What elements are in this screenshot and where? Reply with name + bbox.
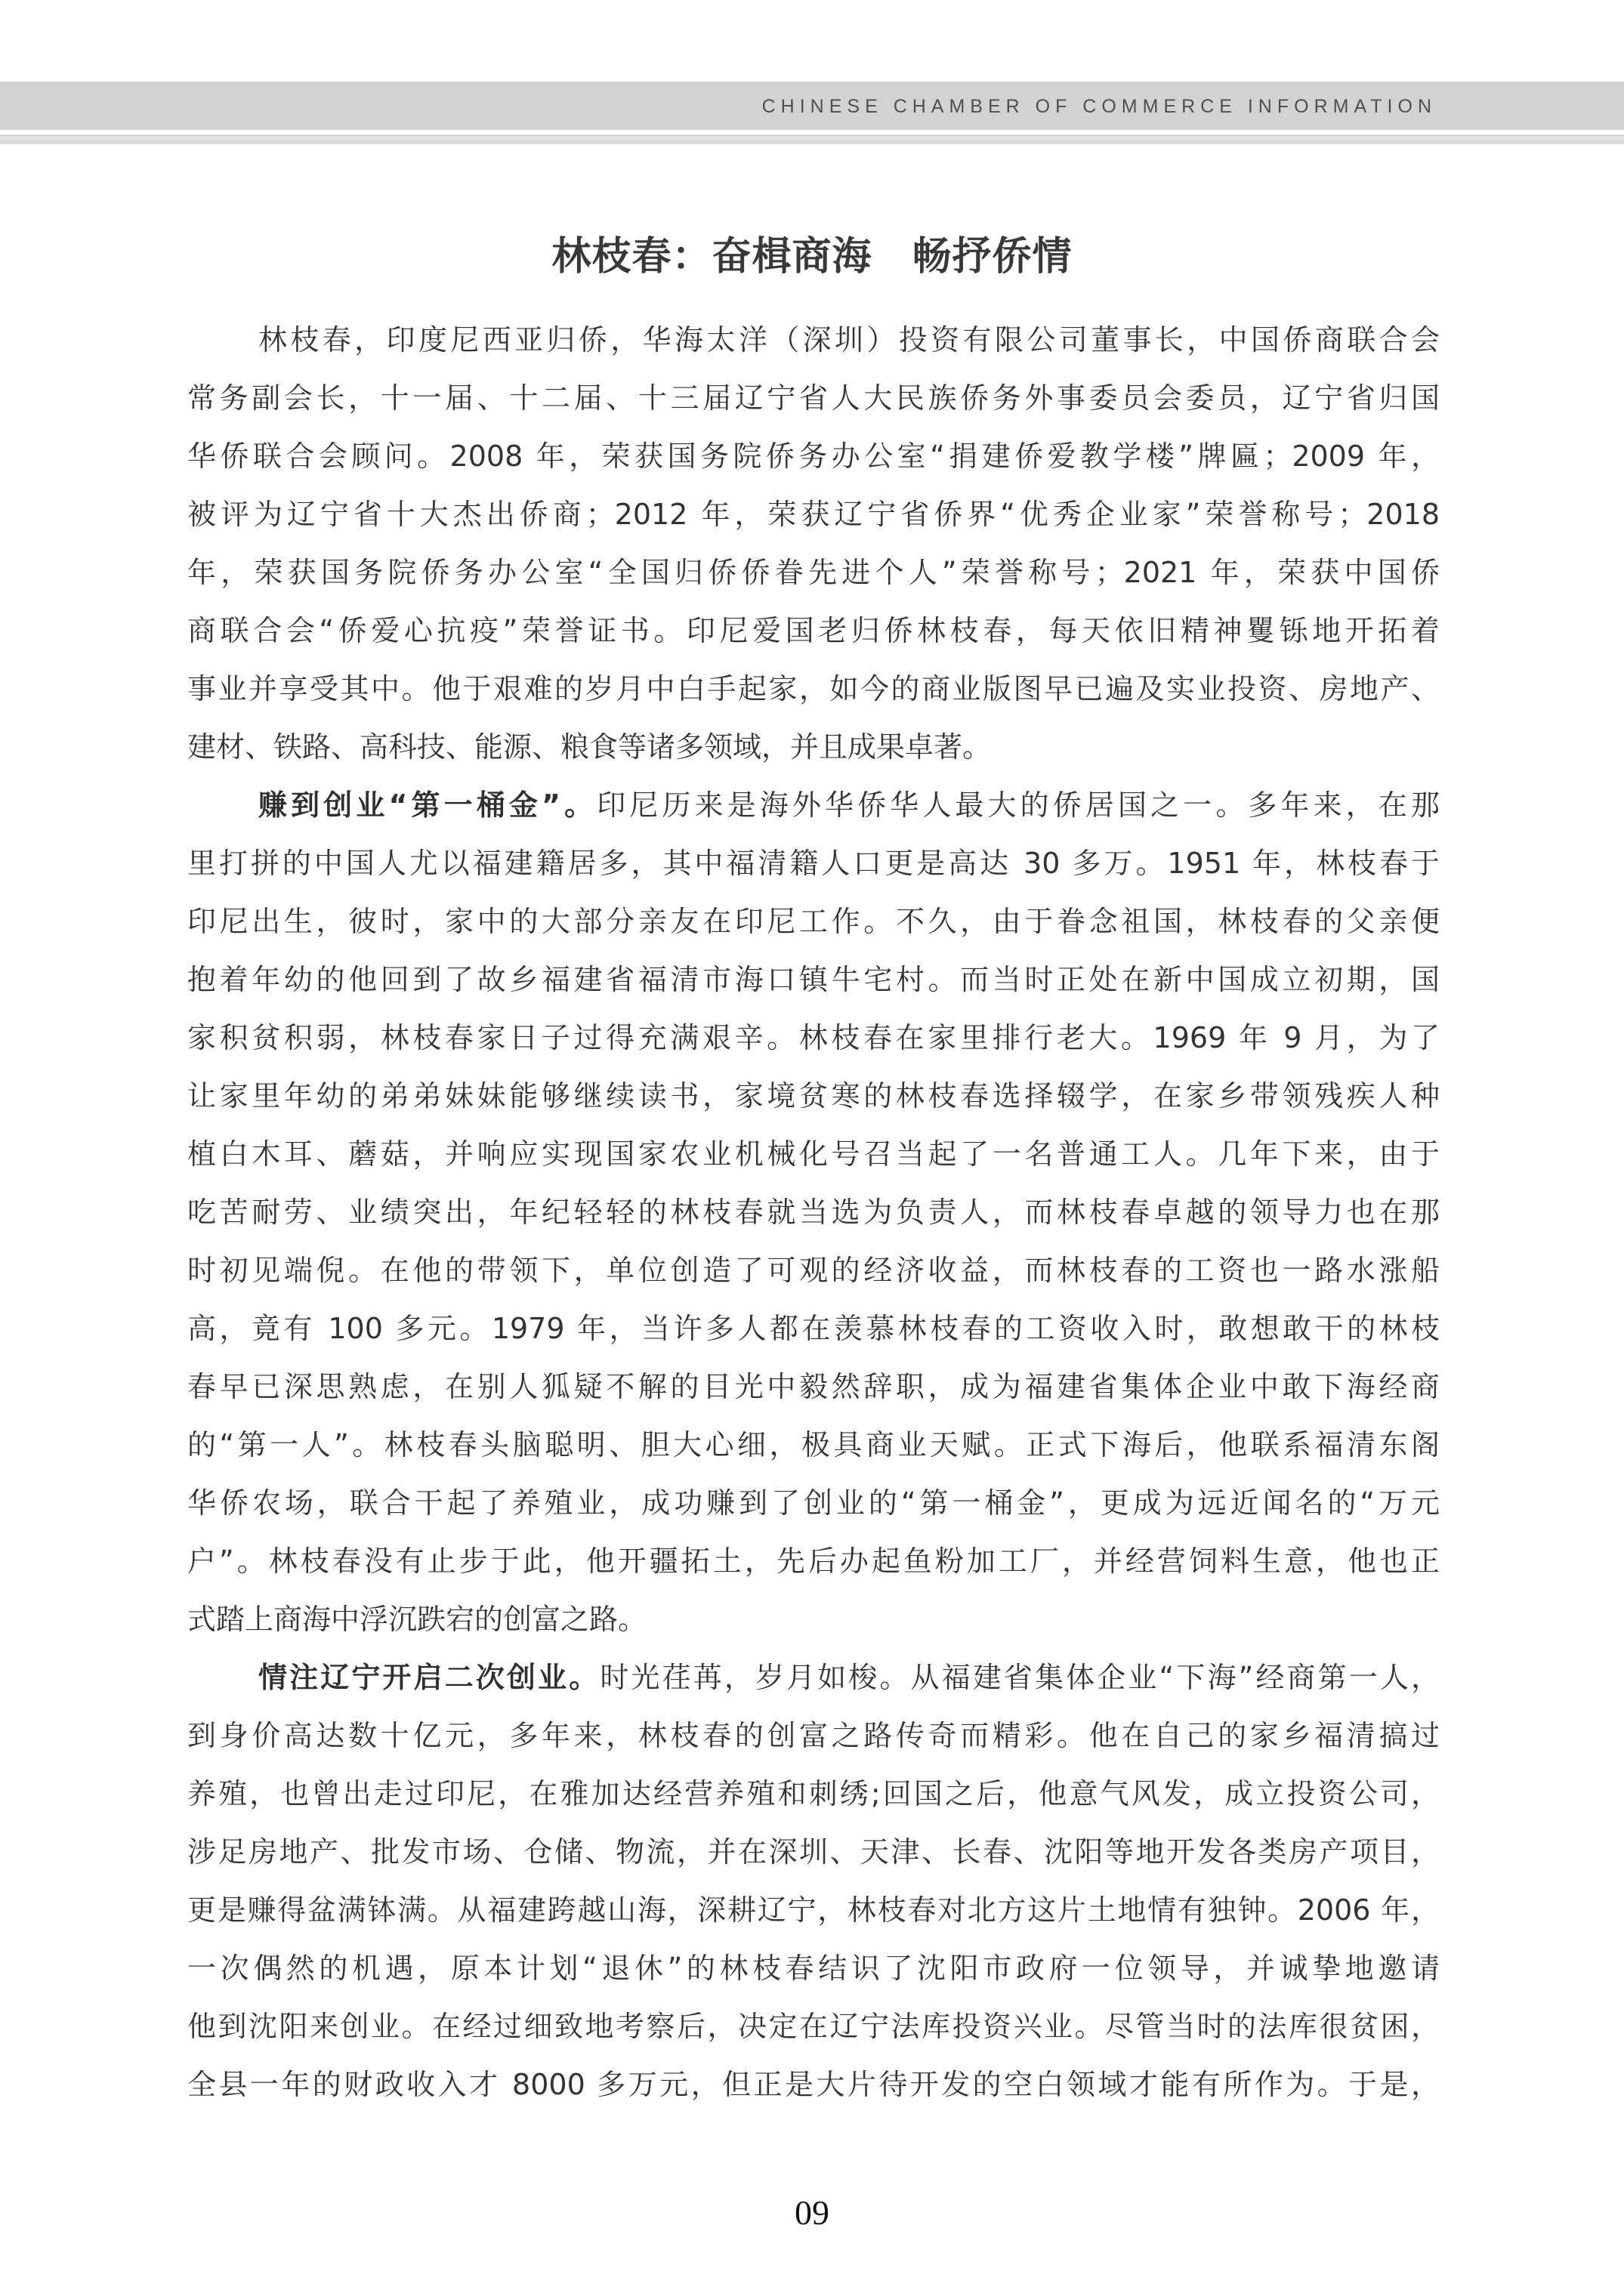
article-line: 事业并享受其中。他于艰难的岁月中白手起家，如今的商业版图早已遍及实业投资、房地产… bbox=[187, 660, 1440, 718]
article-line: 年，荣获国务院侨务办公室“全国归侨侨眷先进个人”荣誉称号；2021 年，荣获中国… bbox=[187, 544, 1440, 602]
article-line: 一次偶然的机遇，原本计划“退休”的林枝春结识了沈阳市政府一位领导，并诚挚地邀请 bbox=[187, 1940, 1440, 1998]
article-line: 他到沈阳来创业。在经过细致地考察后，决定在辽宁法库投资兴业。尽管当时的法库很贫困… bbox=[187, 1998, 1440, 2056]
article-line: 春早已深思熟虑，在别人狐疑不解的目光中毅然辞职，成为福建省集体企业中敢下海经商 bbox=[187, 1358, 1440, 1416]
article-body: 林枝春，印度尼西亚归侨，华海太洋（深圳）投资有限公司董事长，中国侨商联合会常务副… bbox=[187, 311, 1440, 2114]
article-line: 华侨农场，联合干起了养殖业，成功赚到了创业的“第一桶金”，更成为远近闻名的“万元 bbox=[187, 1474, 1440, 1532]
article-line: 情注辽宁开启二次创业。时光荏苒，岁月如梭。从福建省集体企业“下海”经商第一人， bbox=[187, 1649, 1440, 1707]
article-line: 商联合会“侨爱心抗疫”荣誉证书。印尼爱国老归侨林枝春，每天依旧精神矍铄地开拓着 bbox=[187, 602, 1440, 660]
article-line: 常务副会长，十一届、十二届、十三届辽宁省人大民族侨务外事委员会委员，辽宁省归国 bbox=[187, 369, 1440, 427]
article-line: 更是赚得盆满钵满。从福建跨越山海，深耕辽宁，林枝春对北方这片土地情有独钟。200… bbox=[187, 1881, 1440, 1940]
article-line: 建材、铁路、高科技、能源、粮食等诸多领域，并且成果卓著。 bbox=[187, 718, 1440, 776]
article-line: 养殖，也曾出走过印尼，在雅加达经营养殖和刺绣;回国之后，他意气风发，成立投资公司… bbox=[187, 1765, 1440, 1823]
article-line: 让家里年幼的弟弟妹妹能够继续读书，家境贫寒的林枝春选择辍学，在家乡带领残疾人种 bbox=[187, 1067, 1440, 1125]
header-banner-text: CHINESE CHAMBER OF COMMERCE INFORMATION bbox=[762, 82, 1437, 130]
article-line: 里打拼的中国人尤以福建籍居多，其中福清籍人口更是高达 30 多万。1951 年，… bbox=[187, 835, 1440, 893]
article-line: 全县一年的财政收入才 8000 多万元，但正是大片待开发的空白领域才能有所作为。… bbox=[187, 2056, 1440, 2114]
article-line: 被评为辽宁省十大杰出侨商；2012 年，荣获辽宁省侨界“优秀企业家”荣誉称号；2… bbox=[187, 486, 1440, 544]
document-page: CHINESE CHAMBER OF COMMERCE INFORMATION … bbox=[0, 0, 1624, 2293]
paragraph-lead-bold: 情注辽宁开启二次创业。 bbox=[258, 1661, 600, 1694]
article-line: 华侨联合会顾问。2008 年，荣获国务院侨务办公室“捐建侨爱教学楼”牌匾；200… bbox=[187, 427, 1440, 486]
article-line: 涉足房地产、批发市场、仓储、物流，并在深圳、天津、长春、沈阳等地开发各类房产项目… bbox=[187, 1823, 1440, 1881]
paragraph-lead-bold: 赚到创业“第一桶金”。 bbox=[258, 789, 597, 822]
article-line: 户”。林枝春没有止步于此，他开疆拓土，先后办起鱼粉加工厂，并经营饲料生意，他也正 bbox=[187, 1532, 1440, 1591]
page-number: 09 bbox=[0, 2192, 1624, 2234]
article-line: 抱着年幼的他回到了故乡福建省福清市海口镇牛宅村。而当时正处在新中国成立初期，国 bbox=[187, 951, 1440, 1009]
article-line: 吃苦耐劳、业绩突出，年纪轻轻的林枝春就当选为负责人，而林枝春卓越的领导力也在那 bbox=[187, 1184, 1440, 1242]
article-line: 到身价高达数十亿元，多年来，林枝春的创富之路传奇而精彩。他在自己的家乡福清搞过 bbox=[187, 1707, 1440, 1765]
article-line: 林枝春，印度尼西亚归侨，华海太洋（深圳）投资有限公司董事长，中国侨商联合会 bbox=[187, 311, 1440, 369]
article-line: 植白木耳、蘑菇，并响应实现国家农业机械化号召当起了一名普通工人。几年下来，由于 bbox=[187, 1125, 1440, 1184]
article-line: 高，竟有 100 多元。1979 年，当许多人都在羡慕林枝春的工资收入时，敢想敢… bbox=[187, 1300, 1440, 1358]
article-line: 家积贫积弱，林枝春家日子过得充满艰辛。林枝春在家里排行老大。1969 年 9 月… bbox=[187, 1009, 1440, 1067]
article-line: 印尼出生，彼时，家中的大部分亲友在印尼工作。不久，由于眷念祖国，林枝春的父亲便 bbox=[187, 893, 1440, 951]
header-banner: CHINESE CHAMBER OF COMMERCE INFORMATION bbox=[0, 82, 1624, 130]
header-rule bbox=[0, 134, 1624, 144]
article-line: 的“第一人”。林枝春头脑聪明、胆大心细，极具商业天赋。正式下海后，他联系福清东阁 bbox=[187, 1416, 1440, 1474]
article-line: 时初见端倪。在他的带领下，单位创造了可观的经济收益，而林枝春的工资也一路水涨船 bbox=[187, 1242, 1440, 1300]
article-line: 式踏上商海中浮沉跌宕的创富之路。 bbox=[187, 1591, 1440, 1649]
article-title: 林枝春：奋楫商海 畅抒侨情 bbox=[0, 234, 1624, 279]
article-line: 赚到创业“第一桶金”。印尼历来是海外华侨华人最大的侨居国之一。多年来，在那 bbox=[187, 776, 1440, 835]
